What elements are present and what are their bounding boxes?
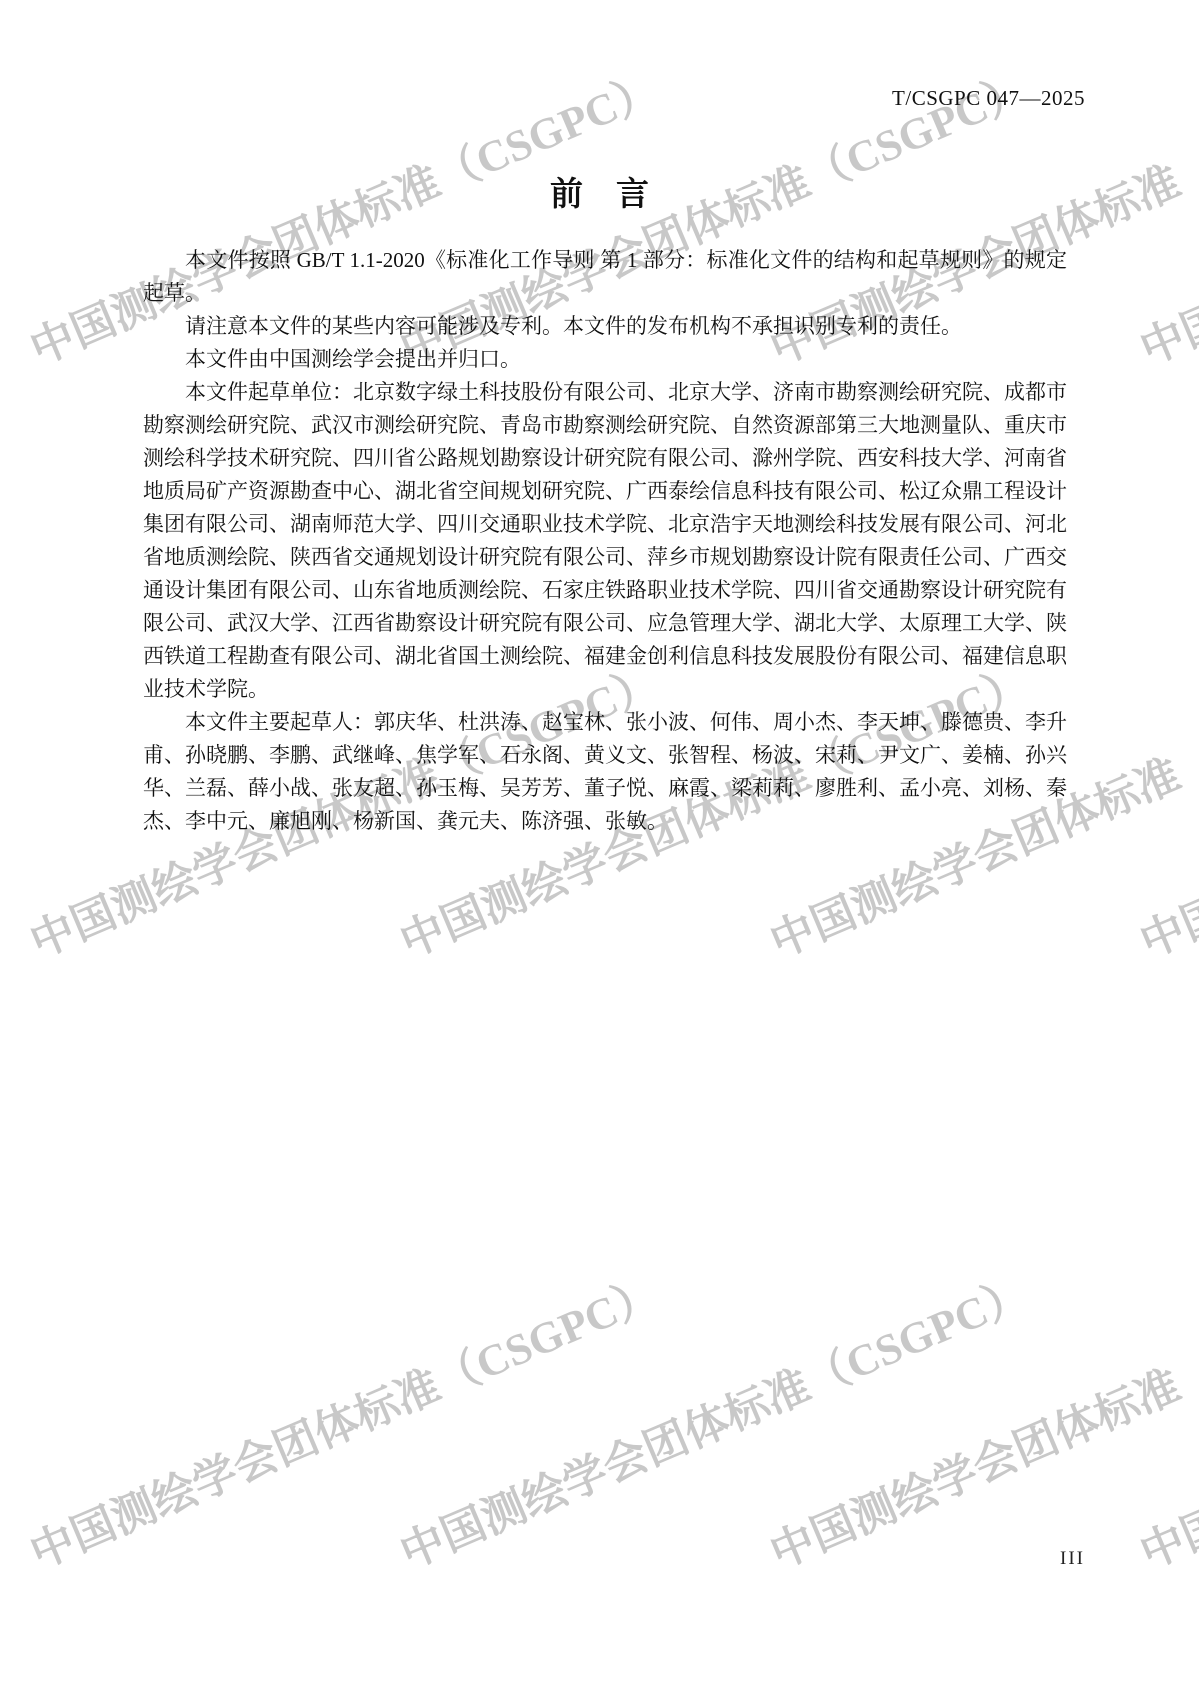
- page-title: 前 言: [0, 168, 1199, 215]
- standard-number: T/CSGPC 047—2025: [892, 86, 1085, 111]
- document-page: 中国测绘学会团体标准（CSGPC）中国测绘学会团体标准（CSGPC）中国测绘学会…: [0, 0, 1199, 1696]
- page-number: III: [1060, 1548, 1085, 1570]
- paragraph-drafting-rules: 本文件按照 GB/T 1.1-2020《标准化工作导则 第 1 部分：标准化文件…: [143, 244, 1067, 310]
- page-content: T/CSGPC 047—2025 前 言 本文件按照 GB/T 1.1-2020…: [0, 0, 1199, 1696]
- foreword-body: 本文件按照 GB/T 1.1-2020《标准化工作导则 第 1 部分：标准化文件…: [143, 244, 1067, 838]
- paragraph-main-drafters: 本文件主要起草人：郭庆华、杜洪涛、赵宝林、张小波、何伟、周小杰、李天坤、滕德贵、…: [143, 706, 1067, 838]
- paragraph-patent-notice: 请注意本文件的某些内容可能涉及专利。本文件的发布机构不承担识别专利的责任。: [143, 310, 1067, 343]
- paragraph-proposed-by: 本文件由中国测绘学会提出并归口。: [143, 343, 1067, 376]
- paragraph-drafting-organizations: 本文件起草单位：北京数字绿土科技股份有限公司、北京大学、济南市勘察测绘研究院、成…: [143, 376, 1067, 706]
